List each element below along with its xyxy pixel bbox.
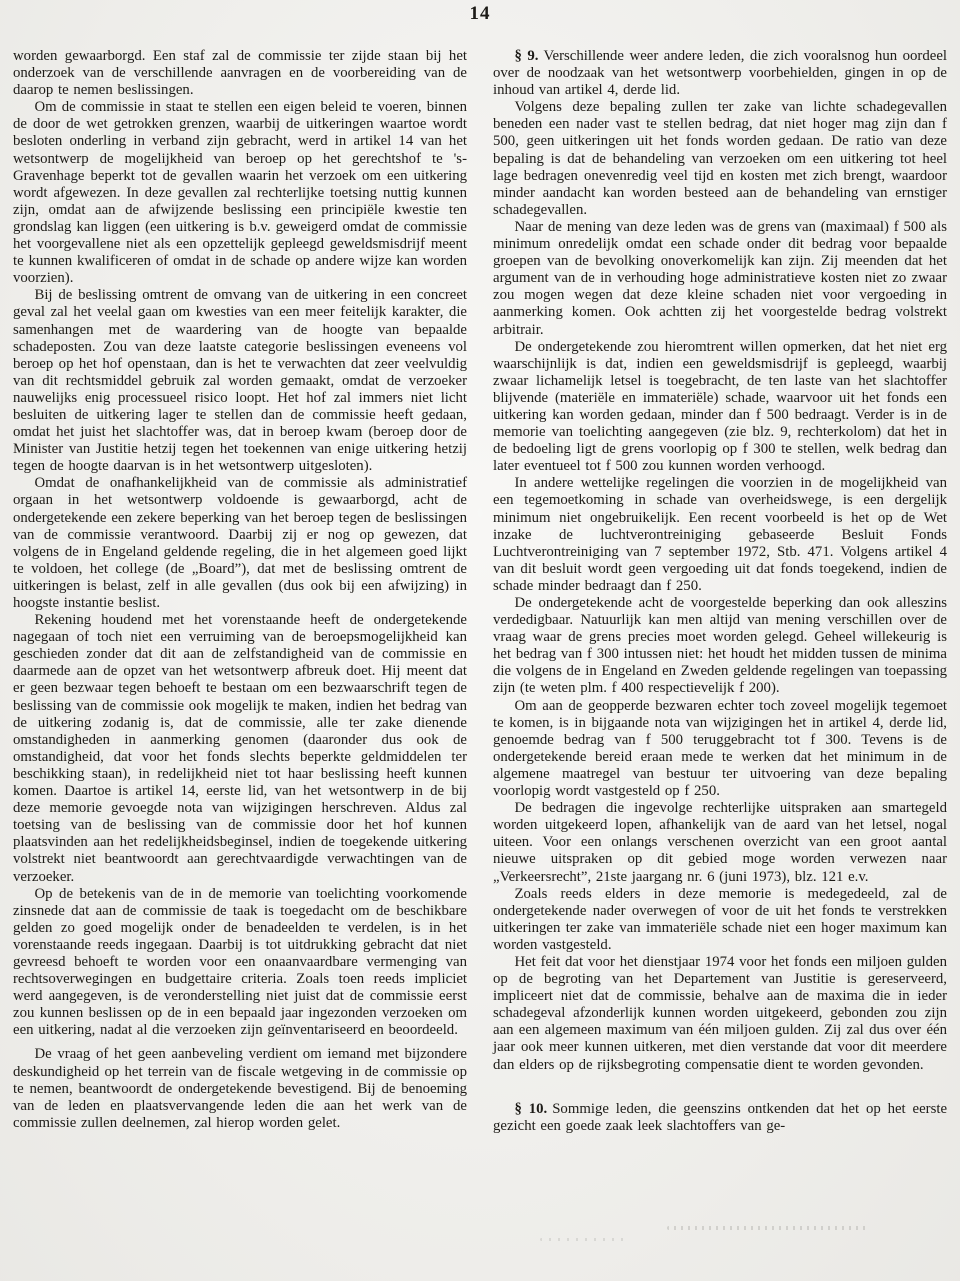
paragraph: De vraag of het geen aanbeveling verdien… xyxy=(13,1046,467,1131)
paragraph: Op de betekenis van de in de memorie van… xyxy=(13,886,467,1040)
section-paragraph-10: § 10.Sommige leden, die geenszins ontken… xyxy=(493,1101,947,1135)
two-column-text-block: worden gewaarborgd. Een staf zal de comm… xyxy=(0,27,960,1135)
paragraph-text: Verschillende weer andere leden, die zic… xyxy=(493,48,947,98)
paragraph: Naar de mening van deze leden was de gre… xyxy=(493,219,947,339)
page-number: 14 xyxy=(0,0,960,27)
paragraph: De bedragen die ingevolge rechterlijke u… xyxy=(493,800,947,885)
section-10-label: § 10. xyxy=(514,1101,547,1117)
document-page: 14 worden gewaarborgd. Een staf zal de c… xyxy=(0,0,960,1281)
paragraph: De ondergetekende zou hieromtrent willen… xyxy=(493,339,947,476)
paragraph: Omdat de onafhankelijkheid van de commis… xyxy=(13,475,467,612)
paragraph: Rekening houdend met het vorenstaande he… xyxy=(13,612,467,886)
paragraph: Bij de beslissing omtrent de omvang van … xyxy=(13,287,467,475)
paragraph: In andere wettelijke regelingen die voor… xyxy=(493,475,947,595)
paragraph: Volgens deze bepaling zullen ter zake va… xyxy=(493,99,947,219)
paragraph: Het feit dat voor het dienstjaar 1974 vo… xyxy=(493,954,947,1074)
left-column: worden gewaarborgd. Een staf zal de comm… xyxy=(13,48,467,1135)
paragraph: De ondergetekende acht de voorgestelde b… xyxy=(493,595,947,698)
section-paragraph-9: § 9.Verschillende weer andere leden, die… xyxy=(493,48,947,99)
section-9-label: § 9. xyxy=(514,48,538,64)
scan-noise-artifact xyxy=(667,1226,867,1230)
paragraph: Om de commissie in staat te stellen een … xyxy=(13,99,467,287)
paragraph: Om aan de geopperde bezwaren echter toch… xyxy=(493,698,947,801)
paragraph-text: Sommige leden, die geenszins ontkenden d… xyxy=(493,1101,947,1134)
paragraph: worden gewaarborgd. Een staf zal de comm… xyxy=(13,48,467,99)
scan-noise-artifact xyxy=(540,1238,630,1241)
paragraph: Zoals reeds elders in deze memorie is me… xyxy=(493,886,947,954)
right-column: § 9.Verschillende weer andere leden, die… xyxy=(493,48,947,1135)
